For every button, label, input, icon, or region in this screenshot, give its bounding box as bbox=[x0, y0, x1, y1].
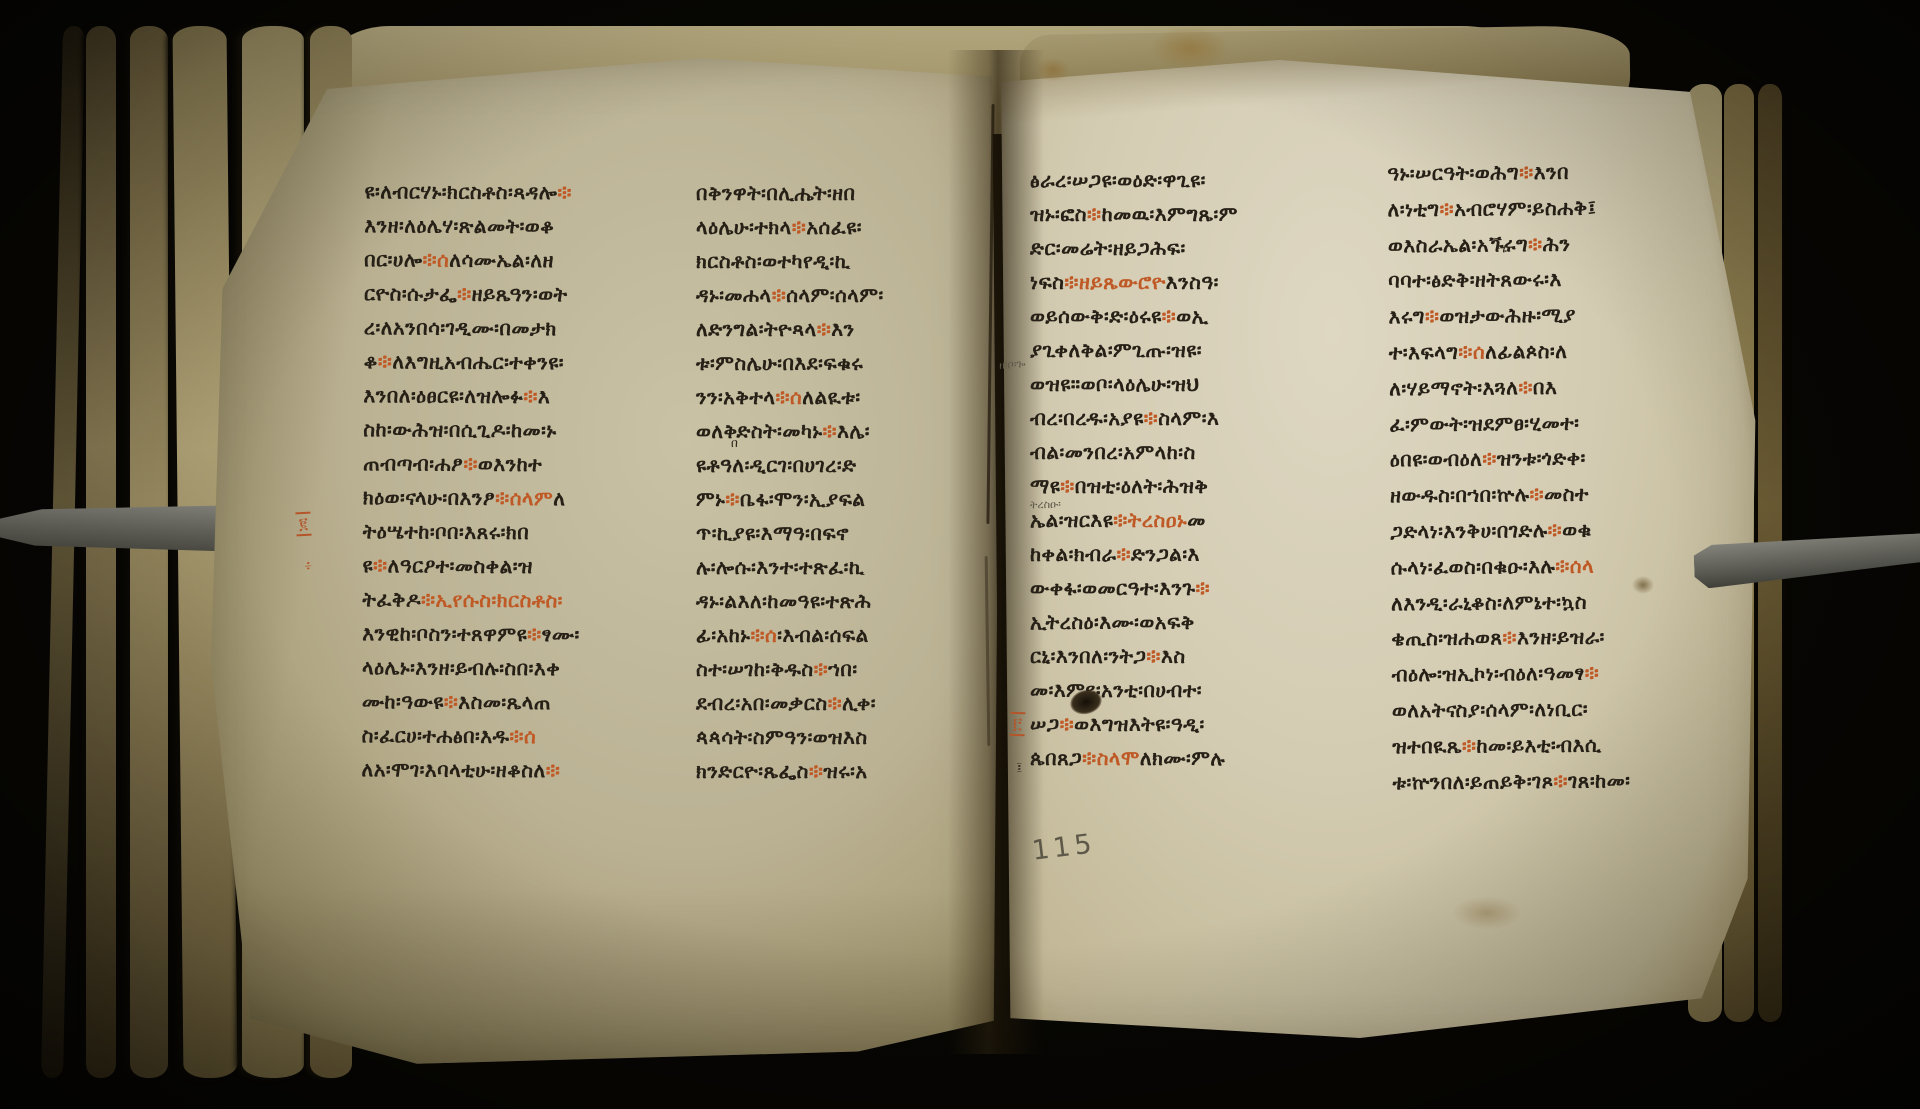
rubric-segment: ፨ bbox=[527, 622, 542, 646]
ink-segment: ውቀፋ፡ወመርዓተ፡እንጉ bbox=[1030, 576, 1196, 600]
ink-segment: አሰፈዩ፡ bbox=[806, 215, 862, 239]
ink-segment: እ bbox=[538, 384, 551, 408]
ink-segment: ንን፡አቅተላ bbox=[696, 385, 775, 409]
ink-segment: ዝተበዪጼ bbox=[1392, 734, 1462, 759]
text-line: ያጊቀለቅል፡ምጊጡ፡ዝዩ፡ bbox=[1030, 338, 1322, 372]
text-line: ድር፡መሬት፡ዘይጋሕፍ፡ bbox=[1030, 236, 1322, 270]
text-line: ዩ፨ለዓርዖተ፡መስቀል፡ዝ bbox=[362, 553, 654, 589]
ink-segment: ወእንከተ bbox=[478, 452, 542, 476]
rubric-segment: ፨ bbox=[422, 248, 437, 272]
rubric-segment: ፨ bbox=[814, 657, 829, 681]
rubric-segment: ፨ bbox=[809, 759, 824, 783]
rubric-segment: ፨ bbox=[1482, 447, 1497, 471]
ink-segment: ፊ፡አከኑ bbox=[696, 623, 751, 647]
ink-segment: ወለአትናስያ፡ሰላም፡ለነቢር፡ bbox=[1392, 697, 1588, 723]
rubric-segment: ፨ bbox=[523, 384, 538, 408]
text-line: እንዊከ፡ቦስን፡ተጸዋምዩ፨ፃሙ፡ bbox=[362, 621, 654, 657]
rubric-segment: ፨ bbox=[823, 419, 838, 443]
text-line: ጴበጸጋ፨ስላሞለክሙ፡ምሉ bbox=[1030, 746, 1322, 780]
ink-segment: እንበለ፡ዕፀርዩ፡ለዝሎፉ bbox=[363, 383, 523, 408]
text-line: ቱ፡ምስሌሁ፡በእደ፡ፍቁሩ bbox=[696, 351, 984, 385]
ink-segment: ዩቶዓለ፡ዲርገ፡በሀገረ፡ድ bbox=[696, 453, 856, 477]
page-edge-strip bbox=[41, 26, 85, 1078]
text-line: ውቀፋ፡ወመርዓተ፡እንጉ፨ bbox=[1030, 576, 1322, 610]
ink-segment: በቅንዋት፡በሊሔት፡ዘበ bbox=[696, 181, 856, 205]
rubric-segment: ፨ bbox=[1519, 160, 1534, 184]
ink-segment: ለእግዚአብሔር፡ተቀንዩ፡ bbox=[392, 349, 564, 374]
rubric-segment: ኢየሱስ፡ክርስቶስ፡ bbox=[435, 588, 563, 613]
rubric-segment: ፨ bbox=[1162, 304, 1177, 328]
ink-segment: ወእግዝእትዩ፡ዓዲ፡ bbox=[1074, 712, 1205, 736]
ink-segment: ስላም፡እ bbox=[1158, 406, 1219, 430]
rubric-segment: ፨ bbox=[751, 623, 766, 647]
rubric-segment: ፨ bbox=[1585, 661, 1600, 685]
text-line: ከቀል፡ክብራ፨ድንጋል፡እ bbox=[1030, 542, 1322, 576]
rubric-segment: ስላሞ bbox=[1097, 746, 1140, 770]
rubric-segment: ፨ሰላም bbox=[495, 486, 553, 510]
ink-segment: ጴበጸጋ bbox=[1030, 746, 1082, 770]
rubric-segment: ፨ bbox=[378, 349, 393, 373]
ink-segment: ከመዉ፡እምግጼ፡ም bbox=[1102, 202, 1238, 226]
rubric-segment: ፨ bbox=[772, 283, 787, 307]
text-line: ትፈቅዶ፨ኢየሱስ፡ክርስቶስ፡ bbox=[362, 587, 654, 623]
rubric-segment: ፨ bbox=[546, 758, 561, 782]
ink-segment: ለዓርዖተ፡መስቀል፡ዝ bbox=[388, 553, 533, 578]
rubric-segment: ፨ bbox=[1458, 340, 1473, 364]
ink-segment: ወለቅድስት፡መካኑ bbox=[696, 419, 823, 443]
ink-segment: ለክሙ፡ምሉ bbox=[1140, 746, 1225, 770]
rubric-segment: ፨ bbox=[725, 487, 740, 511]
ink-segment: ያጊቀለቅል፡ምጊጡ፡ዝዩ፡ bbox=[1030, 338, 1202, 362]
text-line: ለእንዲ፡ራኒቆስ፡ለምኔተ፡ኳስ bbox=[1391, 588, 1709, 627]
ink-segment: ዘውዱስ፡በኀበ፡ኵሉ bbox=[1390, 482, 1530, 507]
rubric-segment: ፨ bbox=[1528, 232, 1543, 256]
text-line: ዕበዩ፡ወብዕለ፨ዝንቱ፡ጎድቀ፡ bbox=[1390, 445, 1708, 484]
ink-segment: ለእንዲ፡ራኒቆስ፡ለምኔተ፡ኳስ bbox=[1391, 589, 1587, 615]
ink-segment: ረ፡ለአንበሳ፡ገዲሙ፡በመታክ bbox=[364, 315, 557, 340]
rubric-segment: ሰ bbox=[437, 248, 449, 272]
rubric-segment: ፨ bbox=[828, 691, 843, 715]
ink-segment: ሉ፡ሎሱ፡እንተ፡ተጽፈ፡ኪ bbox=[696, 555, 864, 579]
rubric-segment: ዘይጼውሮዮ bbox=[1079, 270, 1166, 294]
rubric-segment: ፨ bbox=[463, 452, 478, 476]
rubric-segment: ፨ bbox=[1144, 406, 1159, 430]
ink-segment: ገጸ፡ከመ፡ bbox=[1568, 768, 1631, 793]
rubric-segment: ፨ bbox=[1196, 576, 1211, 600]
text-line: ቄጢስ፡ዝሐወጸ፨እንዘ፡ይዝራ፡ bbox=[1391, 624, 1709, 663]
rubric-segment: ፨ bbox=[1502, 626, 1517, 650]
rubric-segment: ፨ bbox=[792, 215, 807, 239]
text-line: ማዩ፨በዝቲ፡ዕለት፡ሕዝቅ bbox=[1030, 474, 1322, 508]
text-line: ጥ፡ኪያዩ፡እማዓ፡በፍኖ bbox=[696, 521, 984, 555]
ink-segment: ለአ፡ሞገ፡እባላቲሁ፡ዘቆስለ bbox=[361, 757, 545, 782]
ink-segment: ዩ bbox=[363, 553, 374, 577]
text-line: ዝተበዪጼ፨ከመ፡ይእቲ፡ብእሲ bbox=[1392, 731, 1710, 770]
rubric-segment: ፨ bbox=[817, 317, 832, 341]
ink-segment: ለ፡ሃይማኖት፡እጓለ bbox=[1389, 375, 1518, 400]
rubric-segment: ፨ bbox=[1116, 542, 1131, 566]
rubric-segment: ፨ bbox=[457, 282, 472, 306]
text-line: ወይሰውቅ፡ድ፡ዕሩዩ፨ወኢ bbox=[1030, 304, 1322, 338]
ink-segment: ወይሰውቅ፡ድ፡ዕሩዩ bbox=[1030, 304, 1162, 328]
ink-segment: ኢትረስዕ፡እሙ፡ወአፍቅ bbox=[1030, 610, 1195, 634]
margin-section-mark: ፥ bbox=[304, 556, 312, 576]
ink-segment: እሌ፡ bbox=[837, 419, 870, 443]
ink-segment: ለድንግል፡ትዮጻላ bbox=[696, 317, 817, 341]
ink-segment: ጥ፡ኪያዩ፡እማዓ፡በፍኖ bbox=[696, 521, 849, 545]
ink-segment: ለ bbox=[553, 486, 565, 510]
rubric-segment: ፨ bbox=[1529, 482, 1544, 506]
rubric-segment: ፨ bbox=[1547, 518, 1562, 542]
rubric-segment: ፨ bbox=[1060, 712, 1075, 736]
ink-segment: ዩ፡ለብርሃኑ፡ክርስቶስ፡ጻዳሎ bbox=[364, 179, 557, 204]
ink-segment: ዓኑ፡ሠርዓት፡ወሕግ bbox=[1387, 160, 1519, 185]
ink-segment: ቱ፡ምስሌሁ፡በእደ፡ፍቁሩ bbox=[696, 351, 863, 375]
ink-segment: እስ bbox=[1161, 644, 1186, 668]
gutter-gloss: ዘ፡ቦ፡ጐ bbox=[999, 357, 1026, 373]
text-line: ስ፡ፈርሀ፡ተሐፅበ፡እዱ፨ሰ bbox=[362, 723, 654, 759]
text-line: ጋድላነ፡እንቅሀ፡በገድሉ፨ወቁ bbox=[1390, 517, 1708, 556]
text-line: ለአ፡ሞገ፡እባላቲሁ፡ዘቆስለ፨ bbox=[361, 757, 653, 793]
text-line: ፅራረ፡ሠጋዩ፡ወዕድ፡ዋጊዩ፡ bbox=[1030, 168, 1322, 202]
ink-segment: ፅራረ፡ሠጋዩ፡ወዕድ፡ዋጊዩ፡ bbox=[1030, 168, 1206, 192]
ink-segment: እንዘ፡ለዕሌሃ፡ጽልመት፡ወቆ bbox=[364, 213, 554, 238]
ink-segment: ክዕወ፡ናላሁ፡በእንፆ bbox=[363, 485, 495, 510]
text-line: ለድንግል፡ትዮጻላ፨እን bbox=[696, 317, 984, 351]
ink-segment: ዕበዩ፡ወብዕለ bbox=[1390, 447, 1483, 472]
ink-segment: ክንድርዮ፡ጼፌስ bbox=[696, 759, 809, 783]
margin-section-mark: ፪ bbox=[295, 512, 311, 537]
text-line: እንዘ፡ለዕሌሃ፡ጽልመት፡ወቆ bbox=[364, 213, 656, 249]
ink-segment: ሙከ፡ዓውዩ bbox=[362, 689, 444, 713]
text-line: ትዕሤተከ፡ቦበ፡እጸሩ፡ክበ bbox=[363, 519, 655, 555]
ink-segment: ዝኑ፡ፎስ bbox=[1030, 202, 1087, 226]
text-line: ፈ፡ምውት፡ዝደምፀ፡ሂመተ፡ bbox=[1389, 409, 1707, 448]
text-line: ብዕሎ፡ዝኢኮነ፡ብዕለ፡ዓመፃ፨ bbox=[1392, 660, 1710, 699]
ink-segment: ስ፡ፈርሀ፡ተሐፅበ፡እዱ bbox=[362, 723, 510, 748]
text-line: ክዕወ፡ናላሁ፡በእንፆ፨ሰላምለ bbox=[363, 485, 655, 521]
ink-segment: በእ bbox=[1533, 375, 1558, 399]
ink-segment: ዳኑ፡መሐላ bbox=[696, 283, 772, 307]
text-line: ወዝዩ።ወቦ፡ላዕሌሁ፡ዝህ bbox=[1030, 372, 1322, 406]
text-line: ብረ፡በረዱ፡አያዩ፨ስላም፡እ bbox=[1030, 406, 1322, 440]
rubric-segment: ፨ትረስዐኑ bbox=[1113, 508, 1187, 532]
margin-section-mark: ፤ bbox=[1016, 758, 1023, 778]
text-line: ላዕሌኑ፡እንዘ፡ይብሉ፡ስበ፡እቀ bbox=[362, 655, 654, 691]
ink-segment: ደብረ፡አበ፡መቃርስ bbox=[696, 691, 828, 715]
ink-segment: ሠጋ bbox=[1030, 712, 1060, 736]
ink-segment: ክርስቶስ፡ወተካየዲ፡ኪ bbox=[696, 249, 850, 273]
ink-segment: ብረ፡በረዱ፡አያዩ bbox=[1030, 406, 1144, 430]
text-line: ዓኑ፡ሠርዓት፡ወሕግ፨እንበ bbox=[1387, 159, 1705, 198]
ink-segment: መስተ bbox=[1544, 482, 1589, 506]
text-line: ዝኑ፡ፎስ፨ከመዉ፡እምግጼ፡ም bbox=[1030, 202, 1322, 236]
ink-segment: ቆ bbox=[364, 349, 378, 373]
ink-segment: እን bbox=[831, 317, 854, 341]
text-line: እንበለ፡ዕፀርዩ፡ለዝሎፉ፨እ bbox=[363, 383, 655, 419]
ink-segment: ከቀል፡ክብራ bbox=[1030, 542, 1116, 566]
ink-segment: ትፈቅዶ bbox=[362, 587, 421, 611]
ink-segment: አብሮሃም፡ይስሐቅ፤ bbox=[1454, 195, 1596, 220]
ink-segment: መ bbox=[1187, 508, 1206, 532]
text-line: ንን፡አቅተላ፨ሰለልዪቱ፡ bbox=[696, 385, 984, 419]
rubric-segment: ፨ bbox=[1082, 746, 1097, 770]
text-line: ወእስራኤል፡አጙሩግ፨ሕን bbox=[1388, 230, 1706, 269]
text-line: ዩ፡ለብርሃኑ፡ክርስቶስ፡ጻዳሎ፨ bbox=[364, 179, 656, 215]
rubric-segment: ፨ bbox=[1518, 375, 1533, 399]
ink-segment: ርዮስ፡ሱታፌ bbox=[364, 281, 457, 305]
margin-section-mark: ፫ bbox=[1010, 712, 1026, 737]
text-line: ኤል፡ዝርእዩ፨ትረስዐኑመ bbox=[1030, 508, 1322, 542]
ink-segment: ብዕሎ፡ዝኢኮነ፡ብዕለ፡ዓመፃ bbox=[1392, 661, 1585, 687]
rubric-segment: ሰ bbox=[790, 385, 802, 409]
text-column-right-1: ፅራረ፡ሠጋዩ፡ወዕድ፡ዋጊዩ፡ዝኑ፡ፎስ፨ከመዉ፡እምግጼ፡ምድር፡መሬት፡ዘ… bbox=[1030, 168, 1322, 780]
rubric-segment: ፨ bbox=[557, 180, 572, 204]
ink-segment: እስመ፡ጼላጠ bbox=[458, 690, 551, 714]
ink-segment: ነፍስ bbox=[1030, 270, 1064, 294]
manuscript-photo: ዩ፡ለብርሃኑ፡ክርስቶስ፡ጻዳሎ፨እንዘ፡ለዕሌሃ፡ጽልመት፡ወቆበር፡ሀሎ፨… bbox=[0, 0, 1920, 1109]
text-line: ሉ፡ሎሱ፡እንተ፡ተጽፈ፡ኪ bbox=[696, 555, 984, 589]
ink-segment: ሱላነ፡ፈወስ፡በቁዑ፡እሉ bbox=[1391, 554, 1556, 579]
interlinear-correction: በ bbox=[731, 436, 738, 451]
ink-segment: ዳኑ፡ልእለ፡ከመዓዩ፡ተጽሕ bbox=[696, 589, 872, 613]
rubric-segment: ፨ bbox=[1439, 197, 1454, 221]
rubric-segment: ፨ bbox=[1060, 474, 1075, 498]
text-line: በቅንዋት፡በሊሔት፡ዘበ bbox=[696, 181, 984, 215]
text-line: ቱ፡ኵንበለ፡ይጠይቅ፡ገጾ፨ገጸ፡ከመ፡ bbox=[1393, 767, 1711, 806]
text-line: ወለአትናስያ፡ሰላም፡ለነቢር፡ bbox=[1392, 696, 1710, 735]
ink-segment: እንስዓ፡ bbox=[1166, 270, 1219, 294]
ink-segment: ከመ፡ይእቲ፡ብእሲ bbox=[1476, 732, 1601, 757]
gutter-gloss: ትረስዑ፡ bbox=[1030, 497, 1061, 512]
rubric-segment: ፨ bbox=[373, 553, 388, 577]
text-line: ለ፡ነቲግ፨አብሮሃም፡ይስሐቅ፤ bbox=[1388, 194, 1706, 233]
rubric-segment: ሰላ bbox=[1570, 553, 1595, 577]
text-line: ደብረ፡አበ፡መቃርስ፨ሊቀ፡ bbox=[696, 691, 984, 725]
ink-segment: ለልዪቱ፡ bbox=[802, 385, 860, 409]
ink-segment: ተ፡እፍላግ bbox=[1389, 340, 1459, 365]
rubric-segment: ሰ bbox=[765, 623, 777, 647]
page-edge-strip bbox=[130, 26, 168, 1078]
text-line: ጳጳሳት፡ስምዓን፡ወዝእስ bbox=[696, 725, 984, 759]
text-line: በር፡ሀሎ፨ሰለሳሙኤል፡ለዘ bbox=[364, 247, 656, 283]
rubric-segment: ፨ bbox=[775, 385, 790, 409]
text-line: ለ፡ሃይማኖት፡እጓለ፨በእ bbox=[1389, 373, 1707, 412]
rubric-segment: ፨ bbox=[444, 690, 459, 714]
text-line: ምኑ፨ቤፋ፡ሞን፡ኢያፍል bbox=[696, 487, 984, 521]
text-line: ብል፡መንበረ፡አምላከ፡ስ bbox=[1030, 440, 1322, 474]
ink-segment: እንበ bbox=[1534, 160, 1570, 184]
ink-segment: ስተ፡ሠገከ፡ቅዱስ bbox=[696, 657, 814, 681]
ink-segment: ላዕሌኑ፡እንዘ፡ይብሉ፡ስበ፡እቀ bbox=[362, 655, 560, 680]
ink-segment: ድንጋል፡እ bbox=[1131, 542, 1200, 566]
ink-segment: ብል፡መንበረ፡አምላከ፡ስ bbox=[1030, 440, 1196, 464]
ink-segment: ቱ፡ኵንበለ፡ይጠይቅ፡ገጾ bbox=[1393, 769, 1554, 794]
text-line: ሱላነ፡ፈወስ፡በቁዑ፡እሉ፨ሰላ bbox=[1391, 552, 1709, 591]
text-line: ዩቶዓለ፡ዲርገ፡በሀገረ፡ድ bbox=[696, 453, 984, 487]
rubric-segment: ፨ bbox=[1146, 644, 1161, 668]
ink-segment: ድር፡መሬት፡ዘይጋሕፍ፡ bbox=[1030, 236, 1186, 260]
text-line: ጠብጣብ፡ሐፆ፨ወእንከተ bbox=[363, 451, 655, 487]
rubric-segment: ሰ bbox=[1473, 340, 1485, 364]
ink-segment: እንዘ፡ይዝራ፡ bbox=[1517, 625, 1605, 650]
ink-segment: ሕን bbox=[1543, 231, 1571, 255]
text-line: ፊ፡አከኑ፨ሰ፡እብል፡ሰፍል bbox=[696, 623, 984, 657]
text-line: መ፡እምዩ፡አንቲ፡በሀብተ፡ bbox=[1030, 678, 1322, 712]
rubric-segment: ፨ bbox=[1425, 304, 1440, 328]
ink-segment: ፡እብል፡ሰፍል bbox=[777, 623, 869, 647]
ink-segment: ስከ፡ውሕዝ፡በሲጊዶ፡ከመ፡ኑ bbox=[363, 417, 556, 442]
ink-segment: እንዊከ፡ቦስን፡ተጸዋምዩ bbox=[362, 621, 527, 646]
text-line: ስተ፡ሠገከ፡ቅዱስ፨ኀበ፡ bbox=[696, 657, 984, 691]
rubric-segment: ፨ bbox=[1064, 270, 1079, 294]
ink-segment: ዘይጼዓን፡ወት bbox=[472, 282, 568, 307]
ink-segment: ለሳሙኤል፡ለዘ bbox=[449, 248, 554, 273]
text-line: እሩግ፨ወዝታውሕዙ፡ሚያ bbox=[1388, 302, 1706, 341]
ink-segment: ፈ፡ምውት፡ዝደምፀ፡ሂመተ፡ bbox=[1389, 410, 1579, 436]
ink-segment: ትዕሤተከ፡ቦበ፡እጸሩ፡ክበ bbox=[363, 519, 530, 544]
text-line: ሠጋ፨ወእግዝእትዩ፡ዓዲ፡ bbox=[1030, 712, 1322, 746]
ink-segment: ወዝታውሕዙ፡ሚያ bbox=[1439, 303, 1576, 328]
text-line: ሙከ፡ዓውዩ፨እስመ፡ጼላጠ bbox=[362, 689, 654, 725]
text-line: ዳኑ፡መሐላ፨ሰላም፡ሰላም፡ bbox=[696, 283, 984, 317]
ink-segment: ቤፋ፡ሞን፡ኢያፍል bbox=[740, 487, 866, 511]
ink-segment: በር፡ሀሎ bbox=[364, 247, 422, 271]
ink-segment: መ፡እምዩ፡አንቲ፡በሀብተ፡ bbox=[1030, 678, 1202, 702]
ink-segment: ሰላም፡ሰላም፡ bbox=[786, 283, 884, 307]
ink-segment: እሩግ bbox=[1388, 304, 1425, 328]
ink-segment: ቄጢስ፡ዝሐወጸ bbox=[1391, 626, 1502, 651]
text-line: ርኒ፡እንበለ፡ንትጋ፨እስ bbox=[1030, 644, 1322, 678]
rubric-segment: ፨ bbox=[1553, 768, 1568, 792]
text-line: ላዕሌሁ፡ተክላ፨አሰፈዩ፡ bbox=[696, 215, 984, 249]
rubric-segment: ፨ bbox=[421, 588, 436, 612]
text-line: ስከ፡ውሕዝ፡በሲጊዶ፡ከመ፡ኑ bbox=[363, 417, 655, 453]
ink-segment: ዝንቱ፡ጎድቀ፡ bbox=[1497, 446, 1586, 471]
ink-segment: ዝሩ፡አ bbox=[823, 759, 867, 783]
ink-segment: ምኑ bbox=[696, 487, 725, 511]
ink-segment: ርኒ፡እንበለ፡ንትጋ bbox=[1030, 644, 1146, 668]
ink-segment: ማዩ bbox=[1030, 474, 1060, 498]
ink-segment: በዝቲ፡ዕለት፡ሕዝቅ bbox=[1075, 474, 1209, 498]
ink-segment: ለፊልጶስ፡ለ bbox=[1485, 339, 1567, 364]
text-column-left-2: በቅንዋት፡በሊሔት፡ዘበላዕሌሁ፡ተክላ፨አሰፈዩ፡ክርስቶስ፡ወተካየዲ፡ኪ… bbox=[696, 181, 984, 793]
ink-segment: ወዝዩ።ወቦ፡ላዕሌሁ፡ዝህ bbox=[1030, 372, 1199, 396]
ink-segment: ባባተ፡ፅድቅ፡ዘትጸውሩ፡እ bbox=[1388, 267, 1562, 293]
text-line: ክንድርዮ፡ጼፌስ፨ዝሩ፡አ bbox=[696, 759, 984, 793]
ink-segment: ጠብጣብ፡ሐፆ bbox=[363, 451, 463, 476]
text-line: ዘውዱስ፡በኀበ፡ኵሉ፨መስተ bbox=[1390, 481, 1708, 520]
interlinear-correction: ሤ bbox=[1497, 241, 1507, 256]
text-line: ወለቅድስት፡መካኑ፨እሌ፡ bbox=[696, 419, 984, 453]
text-line: ነፍስ፨ዘይጼውሮዮእንስዓ፡ bbox=[1030, 270, 1322, 304]
ink-segment: ወኢ bbox=[1176, 304, 1208, 328]
ink-segment: ፃሙ፡ bbox=[542, 622, 580, 646]
rubric-segment: ፨ bbox=[1087, 202, 1102, 226]
ink-segment: ጋድላነ፡እንቅሀ፡በገድሉ bbox=[1390, 518, 1547, 543]
text-line: ዳኑ፡ልእለ፡ከመዓዩ፡ተጽሕ bbox=[696, 589, 984, 623]
ink-segment: ወቁ bbox=[1562, 518, 1592, 542]
text-line: ረ፡ለአንበሳ፡ገዲሙ፡በመታክ bbox=[364, 315, 656, 351]
page-edge-strip bbox=[86, 26, 116, 1078]
rubric-segment: ፨ bbox=[1555, 554, 1570, 578]
text-line: ክርስቶስ፡ወተካየዲ፡ኪ bbox=[696, 249, 984, 283]
text-line: ባባተ፡ፅድቅ፡ዘትጸውሩ፡እ bbox=[1388, 266, 1706, 305]
ink-segment: ሊቀ፡ bbox=[842, 691, 876, 715]
text-line: ተ፡እፍላግ፨ሰለፊልጶስ፡ለ bbox=[1389, 338, 1707, 377]
text-line: ኢትረስዕ፡እሙ፡ወአፍቅ bbox=[1030, 610, 1322, 644]
text-column-left-1: ዩ፡ለብርሃኑ፡ክርስቶስ፡ጻዳሎ፨እንዘ፡ለዕሌሃ፡ጽልመት፡ወቆበር፡ሀሎ፨… bbox=[361, 179, 656, 793]
rubric-segment: ሰ bbox=[524, 724, 536, 748]
rubric-segment: ፨ bbox=[1462, 733, 1477, 757]
ink-segment: ለ፡ነቲግ bbox=[1388, 197, 1440, 221]
text-line: ርዮስ፡ሱታፌ፨ዘይጼዓን፡ወት bbox=[364, 281, 656, 317]
text-column-right-2: ዓኑ፡ሠርዓት፡ወሕግ፨እንበለ፡ነቲግ፨አብሮሃም፡ይስሐቅ፤ወእስራኤል፡አ… bbox=[1387, 159, 1711, 806]
ink-segment: ላዕሌሁ፡ተክላ bbox=[696, 215, 792, 239]
ink-segment: ኀበ፡ bbox=[828, 657, 857, 681]
text-line: ቆ፨ለእግዚአብሔር፡ተቀንዩ፡ bbox=[364, 349, 656, 385]
ink-segment: ጳጳሳት፡ስምዓን፡ወዝእስ bbox=[696, 725, 868, 749]
rubric-segment: ፨ bbox=[509, 724, 524, 748]
